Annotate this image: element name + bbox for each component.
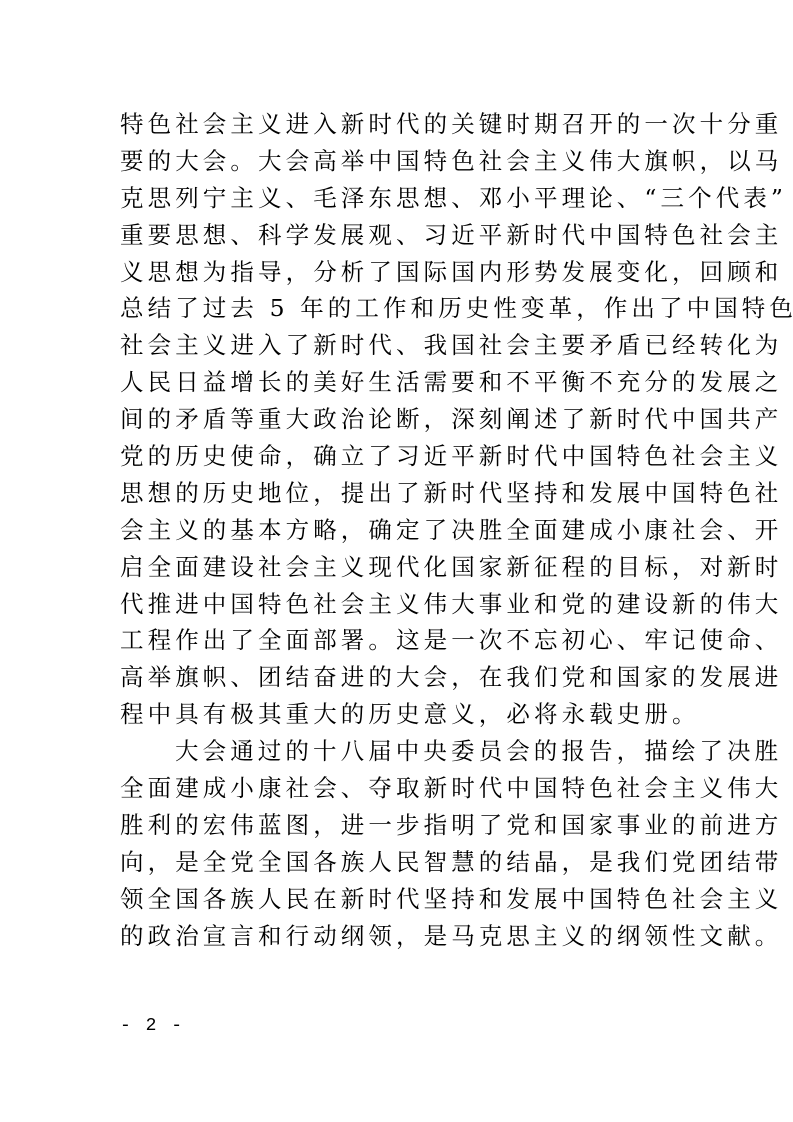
text-line: 代推进中国特色社会主义伟大事业和党的建设新的伟大: [120, 586, 690, 623]
text-line: 义思想为指导，分析了国际国内形势发展变化，回顾和: [120, 254, 690, 291]
text-line: 人民日益增长的美好生活需要和不平衡不充分的发展之: [120, 364, 690, 401]
text-line: 重要思想、科学发展观、习近平新时代中国特色社会主: [120, 217, 690, 254]
text-line: 工程作出了全面部署。这是一次不忘初心、牢记使命、: [120, 622, 690, 659]
document-page: 特色社会主义进入新时代的关键时期召开的一次十分重 要的大会。大会高举中国特色社会…: [0, 0, 793, 1122]
text-line: 克思列宁主义、毛泽东思想、邓小平理论、“三个代表”: [120, 180, 690, 217]
text-line: 向，是全党全国各族人民智慧的结晶，是我们党团结带: [120, 844, 690, 881]
text-line: 的政治宣言和行动纲领，是马克思主义的纲领性文献。: [120, 918, 690, 955]
text-line: 总结了过去 5 年的工作和历史性变革，作出了中国特色: [120, 290, 690, 327]
text-line: 大会通过的十八届中央委员会的报告，描绘了决胜: [120, 733, 690, 770]
text-line: 间的矛盾等重大政治论断，深刻阐述了新时代中国共产: [120, 401, 690, 438]
paragraph-2: 大会通过的十八届中央委员会的报告，描绘了决胜 全面建成小康社会、夺取新时代中国特…: [120, 733, 690, 954]
text-line: 要的大会。大会高举中国特色社会主义伟大旗帜，以马: [120, 143, 690, 180]
text-line: 启全面建设社会主义现代化国家新征程的目标，对新时: [120, 549, 690, 586]
text-line: 会主义的基本方略，确定了决胜全面建成小康社会、开: [120, 512, 690, 549]
text-line: 高举旗帜、团结奋进的大会，在我们党和国家的发展进: [120, 659, 690, 696]
text-line: 社会主义进入了新时代、我国社会主要矛盾已经转化为: [120, 327, 690, 364]
text-line: 党的历史使命，确立了习近平新时代中国特色社会主义: [120, 438, 690, 475]
paragraph-1: 特色社会主义进入新时代的关键时期召开的一次十分重 要的大会。大会高举中国特色社会…: [120, 106, 690, 733]
page-number: - 2 -: [120, 1016, 184, 1036]
text-line: 思想的历史地位，提出了新时代坚持和发展中国特色社: [120, 475, 690, 512]
document-body: 特色社会主义进入新时代的关键时期召开的一次十分重 要的大会。大会高举中国特色社会…: [120, 106, 690, 954]
text-line: 程中具有极其重大的历史意义，必将永载史册。: [120, 696, 690, 733]
text-line: 胜利的宏伟蓝图，进一步指明了党和国家事业的前进方: [120, 807, 690, 844]
text-line: 特色社会主义进入新时代的关键时期召开的一次十分重: [120, 106, 690, 143]
text-line: 全面建成小康社会、夺取新时代中国特色社会主义伟大: [120, 770, 690, 807]
text-line: 领全国各族人民在新时代坚持和发展中国特色社会主义: [120, 881, 690, 918]
